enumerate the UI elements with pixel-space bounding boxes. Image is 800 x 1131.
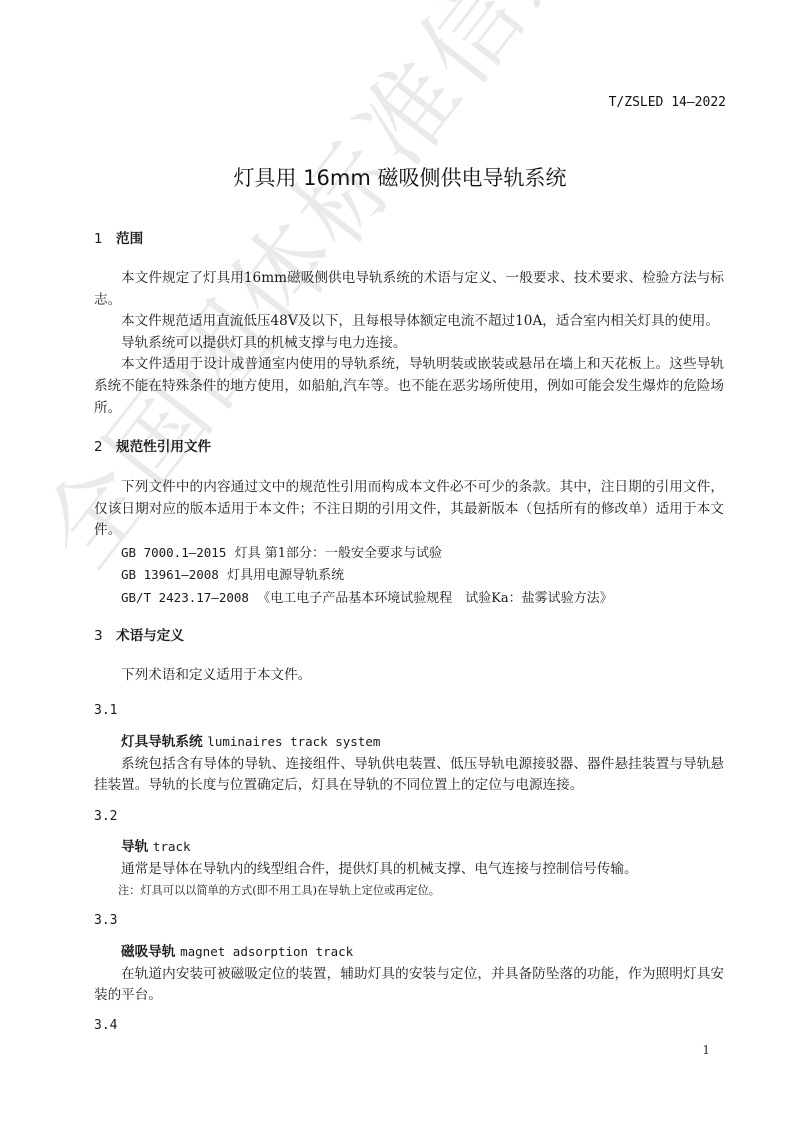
section-1-heading: 1范围 <box>94 229 724 251</box>
section-3-heading: 3术语与定义 <box>94 626 724 648</box>
clause-3-3: 磁吸导轨 magnet adsorption track 在轨道内安装可被磁吸定… <box>94 941 724 1007</box>
reference-title: 灯具 第1部分：一般安全要求与试验 <box>235 546 442 561</box>
section-title: 范围 <box>116 231 143 247</box>
section-title: 术语与定义 <box>116 628 184 644</box>
definition: 通常是导体在导轨内的线型组合件，提供灯具的机械支撑、电气连接与控制信号传输。 <box>94 859 724 881</box>
section-number: 3 <box>94 626 116 648</box>
term-heading: 导轨 track <box>94 836 724 859</box>
paragraph: 下列术语和定义适用于本文件。 <box>94 665 724 687</box>
page-number: 1 <box>702 1043 710 1057</box>
term-zh: 磁吸导轨 <box>121 944 175 960</box>
reference-item: GB 7000.1—2015 灯具 第1部分：一般安全要求与试验 <box>94 542 724 565</box>
section-1-body: 本文件规定了灯具用16mm磁吸侧供电导轨系统的术语与定义、一般要求、技术要求、检… <box>94 268 724 419</box>
term-zh: 导轨 <box>121 839 148 855</box>
note-text: 灯具可以以简单的方式(即不用工具)在导轨上定位或再定位。 <box>140 884 440 897</box>
term-en: track <box>153 839 191 854</box>
clause-number: 3.4 <box>94 1015 724 1037</box>
note: 注：灯具可以以简单的方式(即不用工具)在导轨上定位或再定位。 <box>94 880 724 902</box>
definition: 系统包括含有导体的导轨、连接组件、导轨供电装置、低压导轨电源接驳器、器件悬挂装置… <box>94 754 724 797</box>
section-number: 1 <box>94 229 116 251</box>
section-2-body: 下列文件中的内容通过文中的规范性引用而构成本文件必不可少的条款。其中，注日期的引… <box>94 477 724 610</box>
reference-code: GB 13961—2008 <box>121 567 219 582</box>
note-label: 注： <box>118 884 140 897</box>
page-title: 灯具用 16mm 磁吸侧供电导轨系统 <box>0 162 800 192</box>
section-2-heading: 2规范性引用文件 <box>94 437 724 459</box>
term-heading: 灯具导轨系统 luminaires track system <box>94 731 724 754</box>
document-code: T/ZSLED 14—2022 <box>609 95 726 110</box>
clause-3-1: 灯具导轨系统 luminaires track system 系统包括含有导体的… <box>94 731 724 797</box>
clause-number: 3.1 <box>94 700 724 722</box>
term-heading: 磁吸导轨 magnet adsorption track <box>94 941 724 964</box>
paragraph: 导轨系统可以提供灯具的机械支撑与电力连接。 <box>94 333 724 355</box>
reference-title: 灯具用电源导轨系统 <box>227 568 344 583</box>
term-zh: 灯具导轨系统 <box>121 734 203 750</box>
section-number: 2 <box>94 437 116 459</box>
section-3-intro: 下列术语和定义适用于本文件。 <box>94 665 724 687</box>
section-title: 规范性引用文件 <box>116 439 211 455</box>
term-en: luminaires track system <box>207 734 380 749</box>
clause-3-2: 导轨 track 通常是导体在导轨内的线型组合件，提供灯具的机械支撑、电气连接与… <box>94 836 724 902</box>
reference-item: GB 13961—2008 灯具用电源导轨系统 <box>94 564 724 587</box>
paragraph: 本文件规定了灯具用16mm磁吸侧供电导轨系统的术语与定义、一般要求、技术要求、检… <box>94 268 724 311</box>
paragraph: 本文件规范适用直流低压48V及以下，且每根导体额定电流不超过10A，适合室内相关… <box>94 311 724 333</box>
paragraph: 本文件适用于设计成普通室内使用的导轨系统，导轨明装或嵌装或悬吊在墙上和天花板上。… <box>94 354 724 419</box>
reference-title: 《电工电子产品基本环境试验规程 试验Ka：盐雾试验方法》 <box>257 591 612 606</box>
clause-number: 3.2 <box>94 806 724 828</box>
reference-item: GB/T 2423.17—2008 《电工电子产品基本环境试验规程 试验Ka：盐… <box>94 587 724 610</box>
reference-code: GB/T 2423.17—2008 <box>121 590 249 605</box>
reference-code: GB 7000.1—2015 <box>121 545 226 560</box>
definition: 在轨道内安装可被磁吸定位的装置，辅助灯具的安装与定位，并具备防坠落的功能，作为照… <box>94 964 724 1007</box>
term-en: magnet adsorption track <box>180 944 353 959</box>
paragraph: 下列文件中的内容通过文中的规范性引用而构成本文件必不可少的条款。其中，注日期的引… <box>94 477 724 542</box>
clause-number: 3.3 <box>94 910 724 932</box>
